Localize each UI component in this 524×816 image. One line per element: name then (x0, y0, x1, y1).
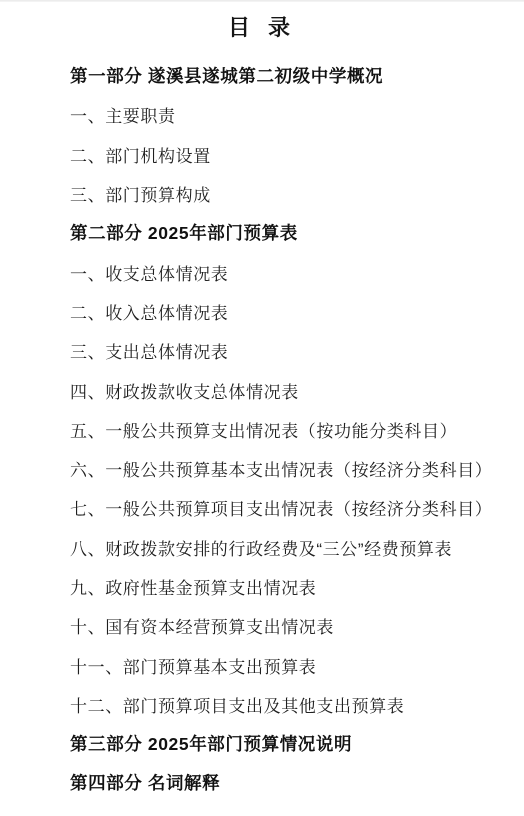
toc-item: 五、一般公共预算支出情况表（按功能分类科目） (70, 410, 514, 449)
toc-section-header: 第三部分 2025年部门预算情况说明 (70, 724, 514, 763)
toc-item: 九、政府性基金预算支出情况表 (70, 567, 514, 606)
toc-item: 一、收支总体情况表 (70, 252, 514, 291)
toc-item: 四、财政拨款收支总体情况表 (70, 370, 514, 409)
toc-item: 十、国有资本经营预算支出情况表 (70, 606, 514, 645)
toc-section-header: 第二部分 2025年部门预算表 (70, 213, 514, 252)
toc-item: 十一、部门预算基本支出预算表 (70, 645, 514, 684)
toc-item: 七、一般公共预算项目支出情况表（按经济分类科目） (70, 488, 514, 527)
document-page: 目 录 第一部分 遂溪县遂城第二初级中学概况一、主要职责二、部门机构设置三、部门… (0, 0, 524, 816)
toc-item: 十二、部门预算项目支出及其他支出预算表 (70, 685, 514, 724)
toc-item: 二、部门机构设置 (70, 135, 514, 174)
toc-item: 三、支出总体情况表 (70, 331, 514, 370)
page-top-edge (0, 0, 524, 2)
toc-item: 一、主要职责 (70, 95, 514, 134)
toc-section-header: 第四部分 名词解释 (70, 763, 514, 802)
toc-section-header: 第一部分 遂溪县遂城第二初级中学概况 (70, 56, 514, 95)
toc-item: 三、部门预算构成 (70, 174, 514, 213)
toc-list: 第一部分 遂溪县遂城第二初级中学概况一、主要职责二、部门机构设置三、部门预算构成… (70, 56, 514, 803)
toc-item: 二、收入总体情况表 (70, 292, 514, 331)
toc-item: 六、一般公共预算基本支出情况表（按经济分类科目） (70, 449, 514, 488)
toc-item: 八、财政拨款安排的行政经费及“三公”经费预算表 (70, 528, 514, 567)
toc-title: 目 录 (0, 11, 524, 42)
